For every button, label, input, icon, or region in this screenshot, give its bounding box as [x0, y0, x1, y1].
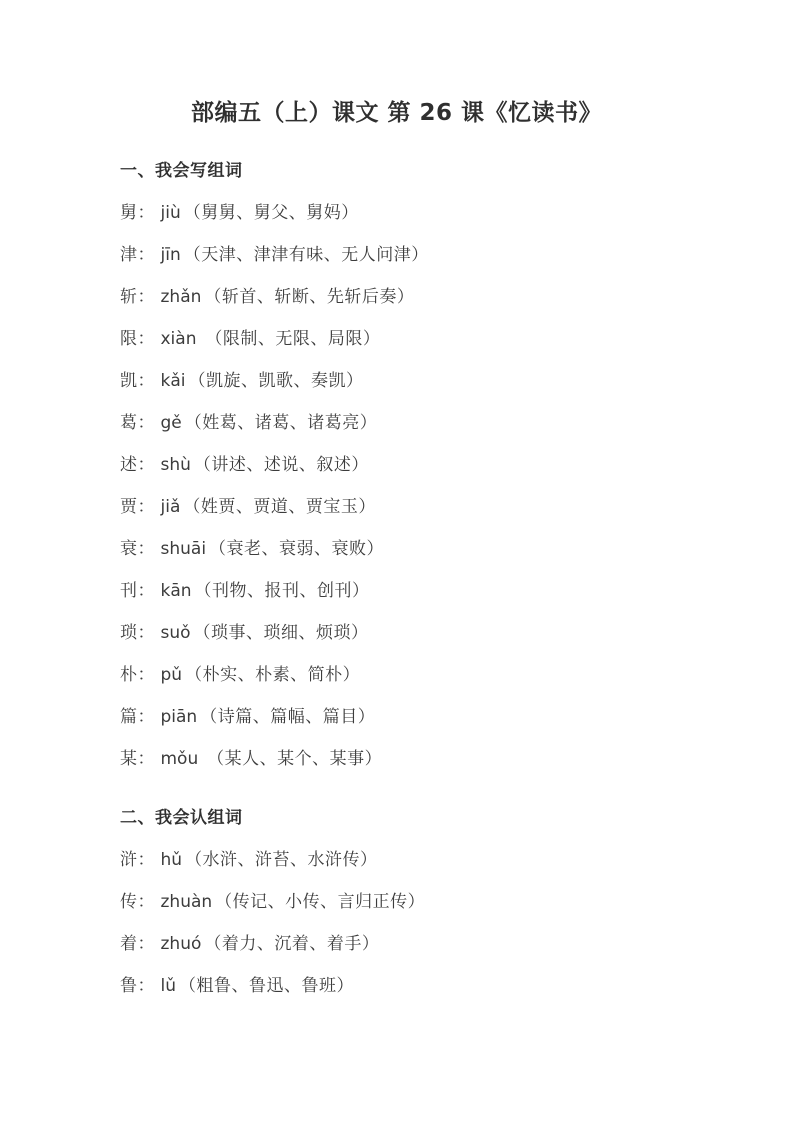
entry-colon: ： [138, 850, 155, 870]
entry-pinyin: suǒ [161, 623, 191, 643]
entry-pinyin: lǔ [161, 976, 177, 996]
entry-character: 篇 [120, 707, 138, 727]
entry-colon: ： [138, 203, 155, 223]
entry-colon: ： [138, 623, 155, 643]
entry-words: （朴实、朴素、简朴） [185, 665, 360, 685]
entry-character: 凯 [120, 371, 138, 391]
entry-character: 传 [120, 892, 138, 912]
entry-character: 限 [120, 329, 138, 349]
entry-pinyin: shuāi [161, 539, 207, 559]
entry-character: 浒 [120, 850, 138, 870]
entry-colon: ： [138, 497, 155, 517]
entry-character: 琐 [120, 623, 138, 643]
entry-words: （刊物、报刊、创刊） [195, 581, 370, 601]
entry-character: 贾 [120, 497, 138, 517]
entry-words: （某人、某个、某事） [201, 749, 382, 769]
page-title: 部编五（上）课文 第 26 课《忆读书》 [120, 98, 673, 128]
entry-character: 斩 [120, 287, 138, 307]
entry-pinyin: zhuó [161, 934, 202, 954]
entry-words: （衰老、衰弱、衰败） [209, 539, 384, 559]
entry-pinyin: shù [161, 455, 191, 475]
vocab-entry: 朴：pǔ（朴实、朴素、简朴） [120, 667, 673, 684]
vocab-entry: 述：shù（讲述、述说、叙述） [120, 457, 673, 474]
entry-character: 述 [120, 455, 138, 475]
entry-pinyin: hǔ [161, 850, 183, 870]
entry-colon: ： [138, 371, 155, 391]
entry-colon: ： [138, 976, 155, 996]
entry-pinyin: jīn [161, 245, 181, 265]
entry-words: （着力、沉着、着手） [204, 934, 379, 954]
entry-pinyin: mǒu [161, 749, 199, 769]
vocab-entry: 贾：jiǎ（姓贾、贾道、贾宝玉） [120, 499, 673, 516]
entry-character: 葛 [120, 413, 138, 433]
entry-words: （姓贾、贾道、贾宝玉） [183, 497, 376, 517]
vocab-entry: 斩：zhǎn（斩首、斩断、先斩后奏） [120, 289, 673, 306]
entry-words: （限制、无限、局限） [199, 329, 380, 349]
entry-pinyin: zhǎn [161, 287, 202, 307]
entry-colon: ： [138, 539, 155, 559]
vocab-entry: 刊：kān（刊物、报刊、创刊） [120, 583, 673, 600]
entry-pinyin: xiàn [161, 329, 197, 349]
entry-colon: ： [138, 581, 155, 601]
entry-words: （粗鲁、鲁迅、鲁班） [179, 976, 354, 996]
section-heading: 二、我会认组词 [120, 810, 673, 827]
entry-pinyin: pǔ [161, 665, 183, 685]
entry-pinyin: kān [161, 581, 192, 601]
entry-colon: ： [138, 892, 155, 912]
entry-character: 衰 [120, 539, 138, 559]
entry-colon: ： [138, 245, 155, 265]
vocab-entry: 传：zhuàn（传记、小传、言归正传） [120, 894, 673, 911]
vocab-entry: 浒：hǔ（水浒、浒苔、水浒传） [120, 852, 673, 869]
vocab-entry: 琐：suǒ（琐事、琐细、烦琐） [120, 625, 673, 642]
entry-character: 刊 [120, 581, 138, 601]
entry-words: （凯旋、凯歌、奏凯） [189, 371, 364, 391]
vocab-entry: 津：jīn（天津、津津有味、无人问津） [120, 247, 673, 264]
entry-character: 津 [120, 245, 138, 265]
entry-character: 某 [120, 749, 138, 769]
entry-pinyin: jiù [161, 203, 181, 223]
entry-colon: ： [138, 707, 155, 727]
entry-colon: ： [138, 329, 155, 349]
entry-words: （天津、津津有味、无人问津） [184, 245, 429, 265]
vocab-entry: 限：xiàn （限制、无限、局限） [120, 331, 673, 348]
vocab-entry: 着：zhuó（着力、沉着、着手） [120, 936, 673, 953]
entry-colon: ： [138, 665, 155, 685]
entry-colon: ： [138, 934, 155, 954]
entry-words: （水浒、浒苔、水浒传） [185, 850, 378, 870]
entry-words: （姓葛、诸葛、诸葛亮） [185, 413, 378, 433]
vocab-entry: 鲁：lǔ（粗鲁、鲁迅、鲁班） [120, 978, 673, 995]
entry-pinyin: piān [161, 707, 198, 727]
entry-pinyin: zhuàn [161, 892, 213, 912]
section-heading: 一、我会写组词 [120, 163, 673, 180]
vocab-entry: 葛：gě（姓葛、诸葛、诸葛亮） [120, 415, 673, 432]
entry-colon: ： [138, 749, 155, 769]
document-page: 部编五（上）课文 第 26 课《忆读书》 一、我会写组词 舅：jiù（舅舅、舅父… [0, 0, 793, 1122]
section-recognize-words: 二、我会认组词 浒：hǔ（水浒、浒苔、水浒传） 传：zhuàn（传记、小传、言归… [120, 810, 673, 995]
entry-words: （舅舅、舅父、舅妈） [184, 203, 359, 223]
entry-colon: ： [138, 455, 155, 475]
entry-words: （斩首、斩断、先斩后奏） [204, 287, 414, 307]
entry-character: 朴 [120, 665, 138, 685]
section-write-words: 一、我会写组词 舅：jiù（舅舅、舅父、舅妈） 津：jīn（天津、津津有味、无人… [120, 163, 673, 768]
vocab-entry: 某：mǒu （某人、某个、某事） [120, 751, 673, 768]
entry-colon: ： [138, 413, 155, 433]
entry-character: 舅 [120, 203, 138, 223]
entry-words: （传记、小传、言归正传） [215, 892, 425, 912]
entry-words: （琐事、琐细、烦琐） [194, 623, 369, 643]
vocab-entry: 衰：shuāi（衰老、衰弱、衰败） [120, 541, 673, 558]
vocab-entry: 凯：kǎi（凯旋、凯歌、奏凯） [120, 373, 673, 390]
entry-words: （讲述、述说、叙述） [194, 455, 369, 475]
vocab-entry: 舅：jiù（舅舅、舅父、舅妈） [120, 205, 673, 222]
entry-words: （诗篇、篇幅、篇目） [200, 707, 375, 727]
entry-pinyin: jiǎ [161, 497, 181, 517]
entry-character: 鲁 [120, 976, 138, 996]
entry-pinyin: kǎi [161, 371, 186, 391]
entry-character: 着 [120, 934, 138, 954]
entry-pinyin: gě [161, 413, 182, 433]
vocab-entry: 篇：piān（诗篇、篇幅、篇目） [120, 709, 673, 726]
entry-colon: ： [138, 287, 155, 307]
